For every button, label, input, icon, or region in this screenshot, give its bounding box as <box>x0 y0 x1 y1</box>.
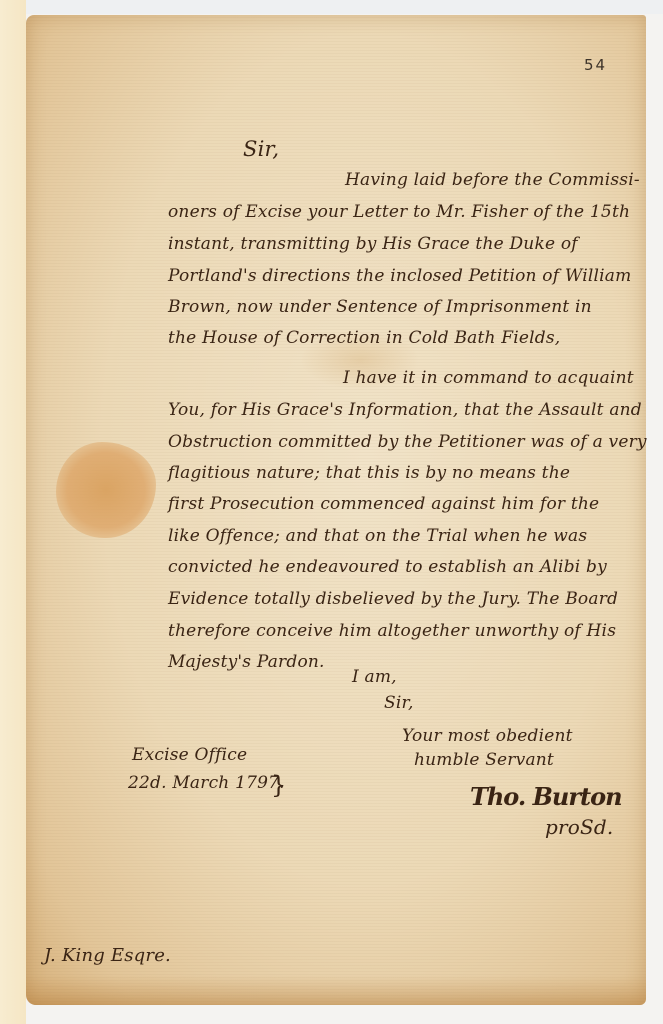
letter-line: Obstruction committed by the Petitioner … <box>168 432 647 452</box>
closing-sir: Sir, <box>384 693 414 713</box>
letter-line: You, for His Grace's Information, that t… <box>168 400 642 420</box>
letter-line: Majesty's Pardon. <box>168 652 325 672</box>
letter-line: therefore conceive him altogether unwort… <box>168 621 616 641</box>
letter-line: instant, transmitting by His Grace the D… <box>168 234 578 254</box>
date: 22d. March 1797. <box>128 773 285 793</box>
letter-line: the House of Correction in Cold Bath Fie… <box>168 328 560 348</box>
letter-line: oners of Excise your Letter to Mr. Fishe… <box>168 202 630 222</box>
letter-line: I have it in command to acquaint <box>343 368 634 388</box>
signature-title: proSd. <box>545 815 613 839</box>
letter-line: Having laid before the Commissi- <box>345 170 640 190</box>
signature: Tho. Burton <box>470 782 622 811</box>
closing-line-1: Your most obedient <box>402 726 573 746</box>
closing-line-2: humble Servant <box>414 750 554 770</box>
background-top <box>26 0 663 14</box>
page-number: 54 <box>584 56 607 74</box>
letter-line: first Prosecution commenced against him … <box>168 494 599 514</box>
closing-i-am: I am, <box>352 667 397 687</box>
letter-line: Portland's directions the inclosed Petit… <box>168 266 631 286</box>
letter-line: Evidence totally disbelieved by the Jury… <box>168 589 618 609</box>
background-margin <box>0 0 26 1024</box>
letter-line: like Offence; and that on the Trial when… <box>168 526 587 546</box>
salutation: Sir, <box>243 137 279 161</box>
letter-line: Brown, now under Sentence of Imprisonmen… <box>168 297 592 317</box>
letter-line: flagitious nature; that this is by no me… <box>168 463 570 483</box>
place: Excise Office <box>132 745 247 765</box>
addressee: J. King Esqre. <box>44 945 171 966</box>
date-brace: } <box>271 771 286 799</box>
letter-line: convicted he endeavoured to establish an… <box>168 557 607 577</box>
